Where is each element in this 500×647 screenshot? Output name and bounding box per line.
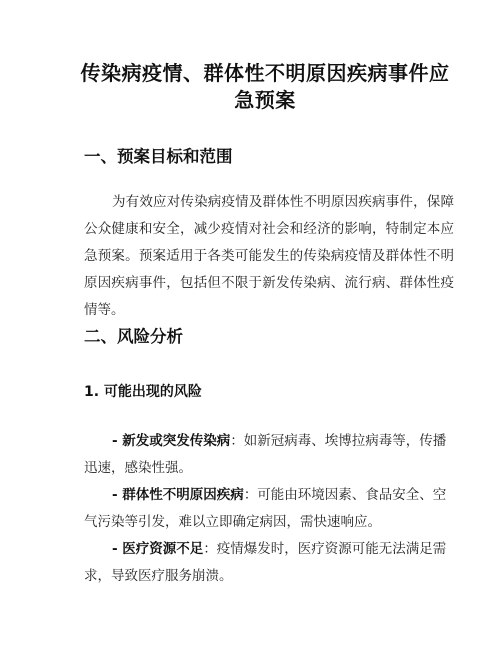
risk-item-unknown-cause-disease: - 群体性不明原因疾病：可能由环境因素、食品安全、空气污染等引发，难以立即确定病… bbox=[84, 482, 454, 536]
section-heading-risk-analysis: 二、风险分析 bbox=[84, 326, 183, 348]
section-heading-goals-scope: 一、预案目标和范围 bbox=[84, 146, 233, 168]
risk-item-lead: - 群体性不明原因疾病 bbox=[112, 487, 244, 503]
document-title: 传染病疫情、群体性不明原因疾病事件应急预案 bbox=[80, 60, 450, 114]
risk-item-new-infectious-disease: - 新发或突发传染病：如新冠病毒、埃博拉病毒等，传播迅速，感染性强。 bbox=[84, 428, 454, 482]
risk-item-lead: - 医疗资源不足 bbox=[112, 541, 203, 557]
document-page: 传染病疫情、群体性不明原因疾病事件应急预案 一、预案目标和范围 为有效应对传染病… bbox=[0, 0, 500, 647]
risk-item-medical-resource-shortage: - 医疗资源不足：疫情爆发时，医疗资源可能无法满足需求，导致医疗服务崩溃。 bbox=[84, 536, 454, 590]
section-paragraph-goals-scope: 为有效应对传染病疫情及群体性不明原因疾病事件，保障公众健康和安全，减少疫情对社会… bbox=[84, 189, 454, 324]
risk-item-lead: - 新发或突发传染病 bbox=[112, 433, 230, 449]
subheading-possible-risks: 1. 可能出现的风险 bbox=[84, 382, 202, 402]
